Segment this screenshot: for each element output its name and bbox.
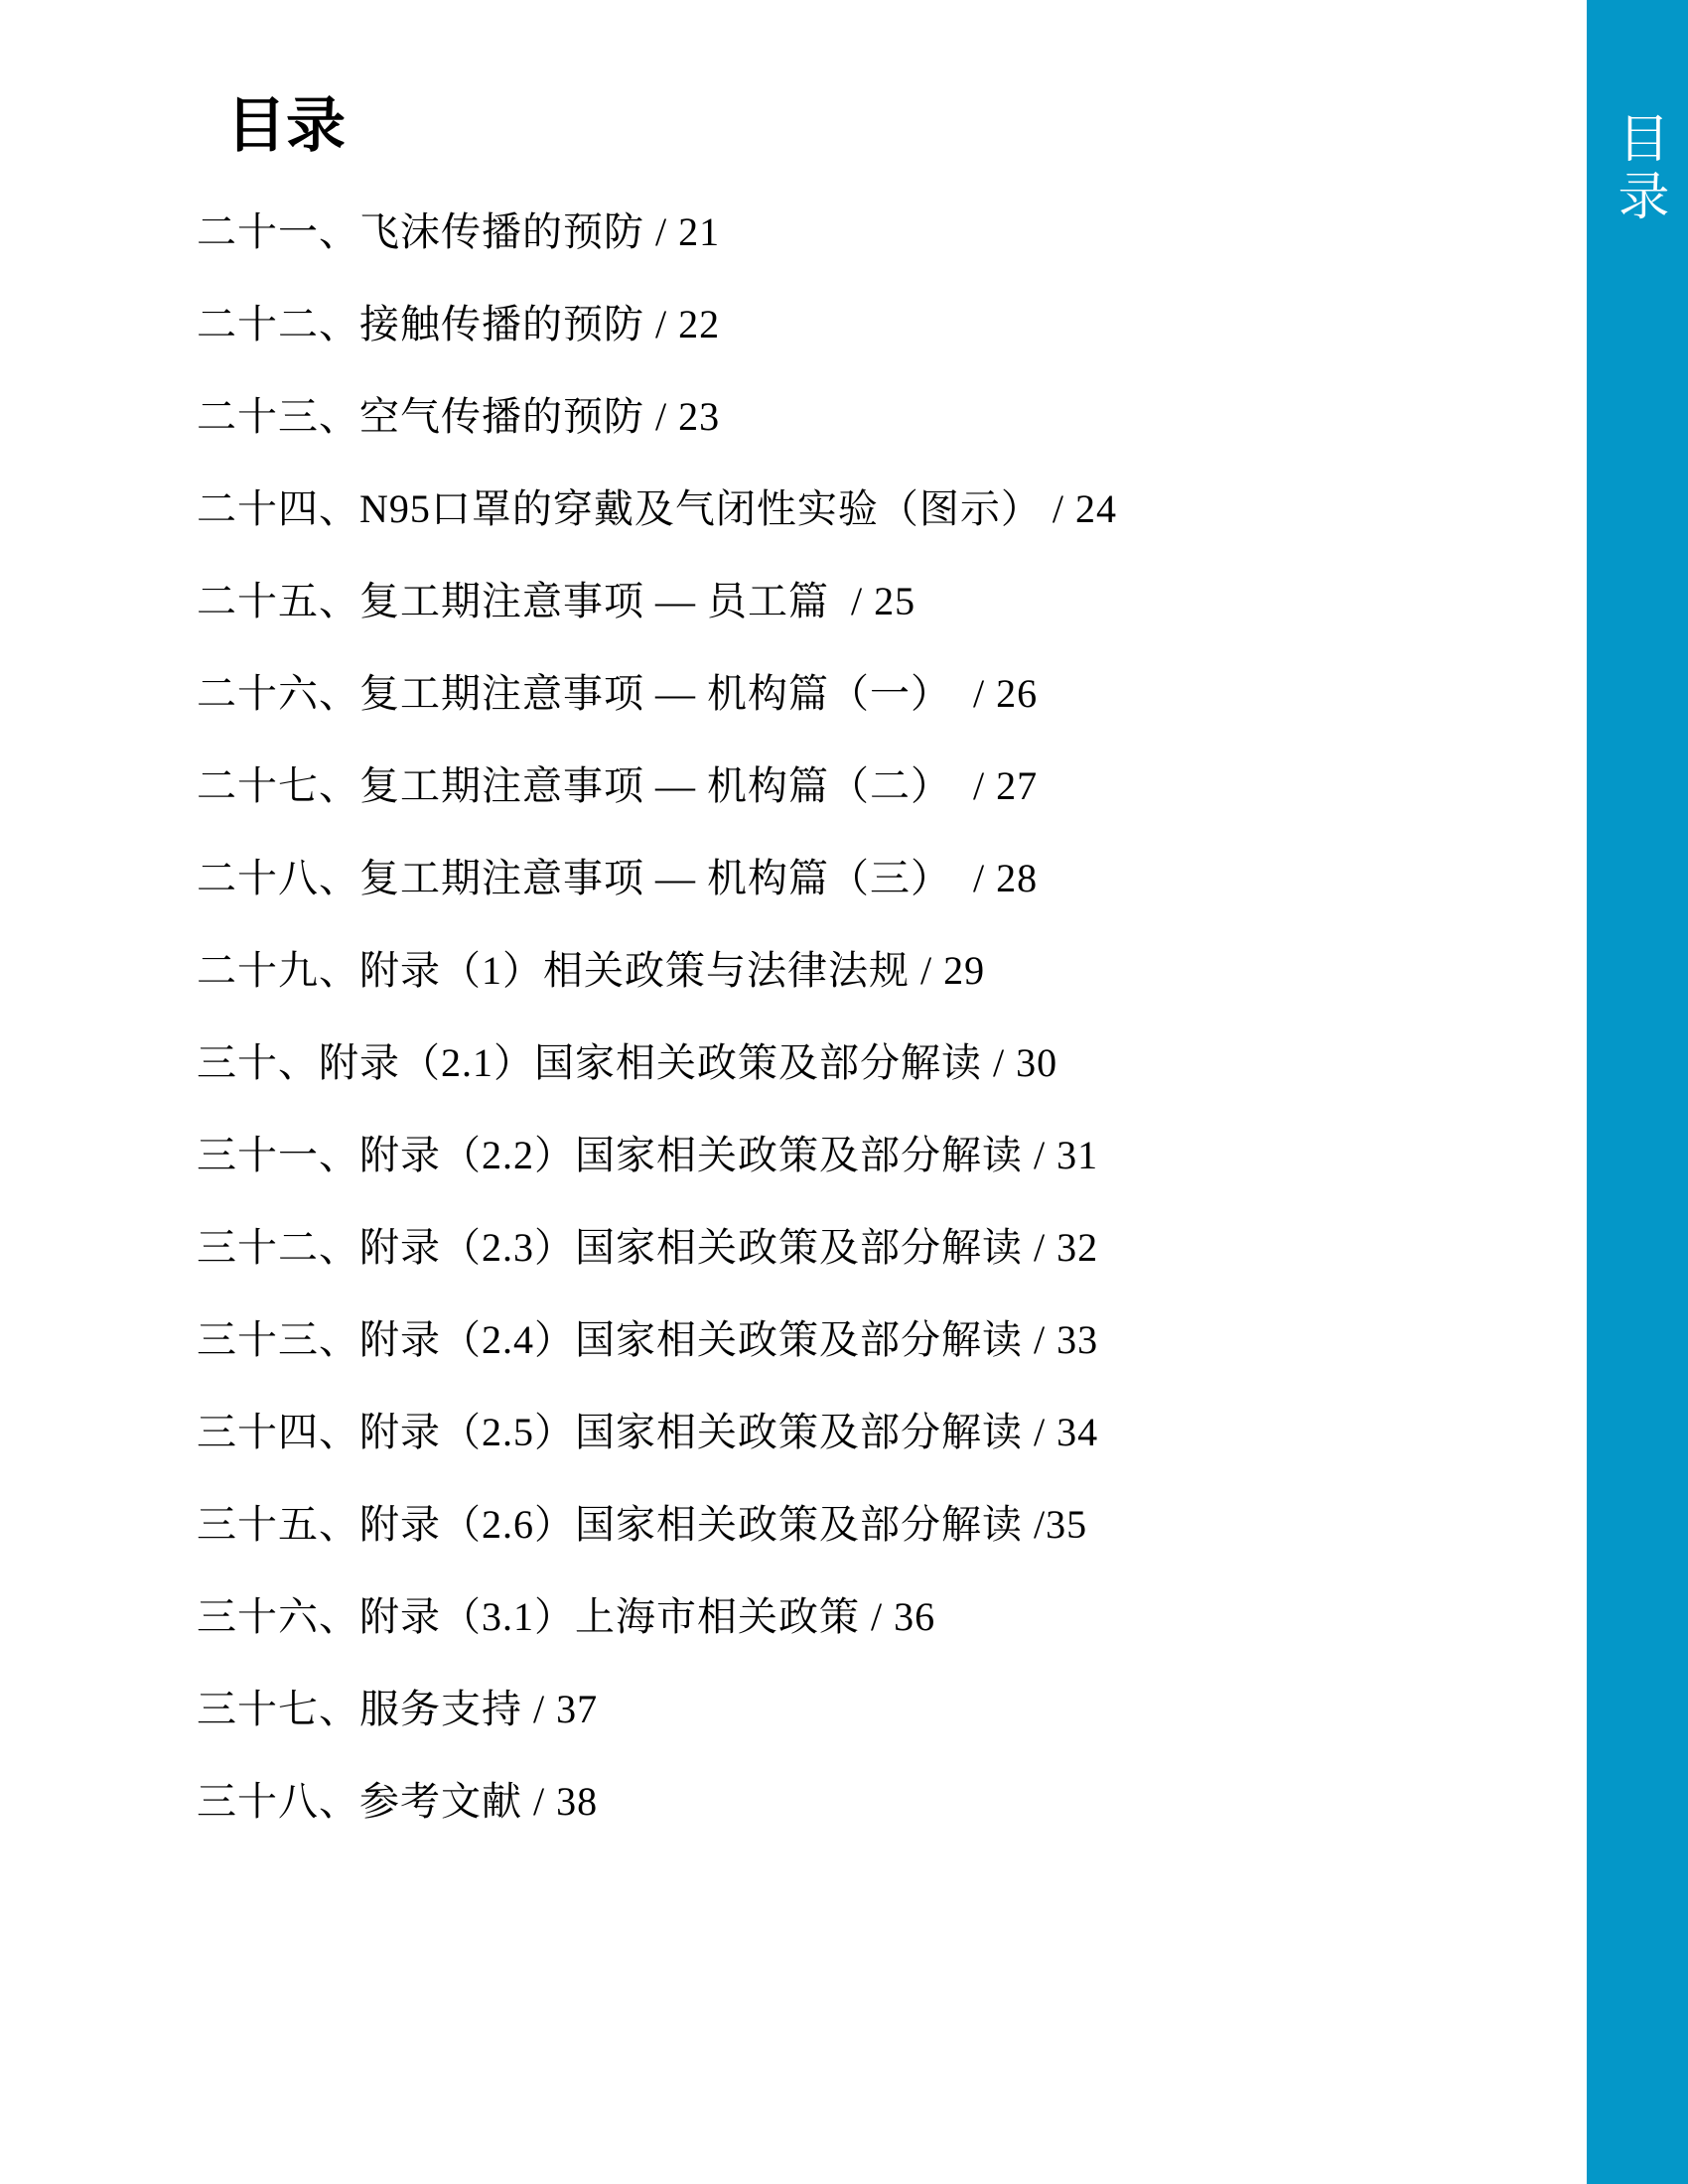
toc-entry: 三十五、附录（2.6）国家相关政策及部分解读 /35 xyxy=(197,1505,1117,1545)
toc-entry: 二十八、复工期注意事项 — 机构篇（三） / 28 xyxy=(197,859,1117,898)
toc-entry: 二十五、复工期注意事项 — 员工篇 / 25 xyxy=(197,582,1117,621)
toc-entry: 二十三、空气传播的预防 / 23 xyxy=(197,397,1117,437)
page-title: 目录 xyxy=(226,93,346,159)
chapter-tab-bar: 目录 xyxy=(1587,0,1688,2184)
toc-entry: 三十、附录（2.1）国家相关政策及部分解读 / 30 xyxy=(197,1043,1117,1083)
toc-entry: 二十四、N95口罩的穿戴及气闭性实验（图示） / 24 xyxy=(197,489,1117,529)
toc-entry: 二十七、复工期注意事项 — 机构篇（二） / 27 xyxy=(197,766,1117,806)
toc-entry: 二十六、复工期注意事项 — 机构篇（一） / 26 xyxy=(197,674,1117,714)
toc-entry: 二十九、附录（1）相关政策与法律法规 / 29 xyxy=(197,951,1117,991)
toc-entry: 三十二、附录（2.3）国家相关政策及部分解读 / 32 xyxy=(197,1228,1117,1268)
toc-entry: 二十一、飞沫传播的预防 / 21 xyxy=(197,212,1117,252)
toc-list: 二十一、飞沫传播的预防 / 21 二十二、接触传播的预防 / 22 二十三、空气… xyxy=(197,212,1117,1874)
toc-entry: 三十四、附录（2.5）国家相关政策及部分解读 / 34 xyxy=(197,1413,1117,1452)
toc-entry: 三十一、附录（2.2）国家相关政策及部分解读 / 31 xyxy=(197,1136,1117,1175)
toc-entry: 三十七、服务支持 / 37 xyxy=(197,1690,1117,1729)
toc-entry: 三十三、附录（2.4）国家相关政策及部分解读 / 33 xyxy=(197,1320,1117,1360)
toc-entry: 三十六、附录（3.1）上海市相关政策 / 36 xyxy=(197,1597,1117,1637)
toc-entry: 二十二、接触传播的预防 / 22 xyxy=(197,305,1117,344)
toc-page: 目录 二十一、飞沫传播的预防 / 21 二十二、接触传播的预防 / 22 二十三… xyxy=(0,0,1688,2184)
chapter-tab-label: 目录 xyxy=(1612,111,1663,226)
toc-entry: 三十八、参考文献 / 38 xyxy=(197,1782,1117,1822)
